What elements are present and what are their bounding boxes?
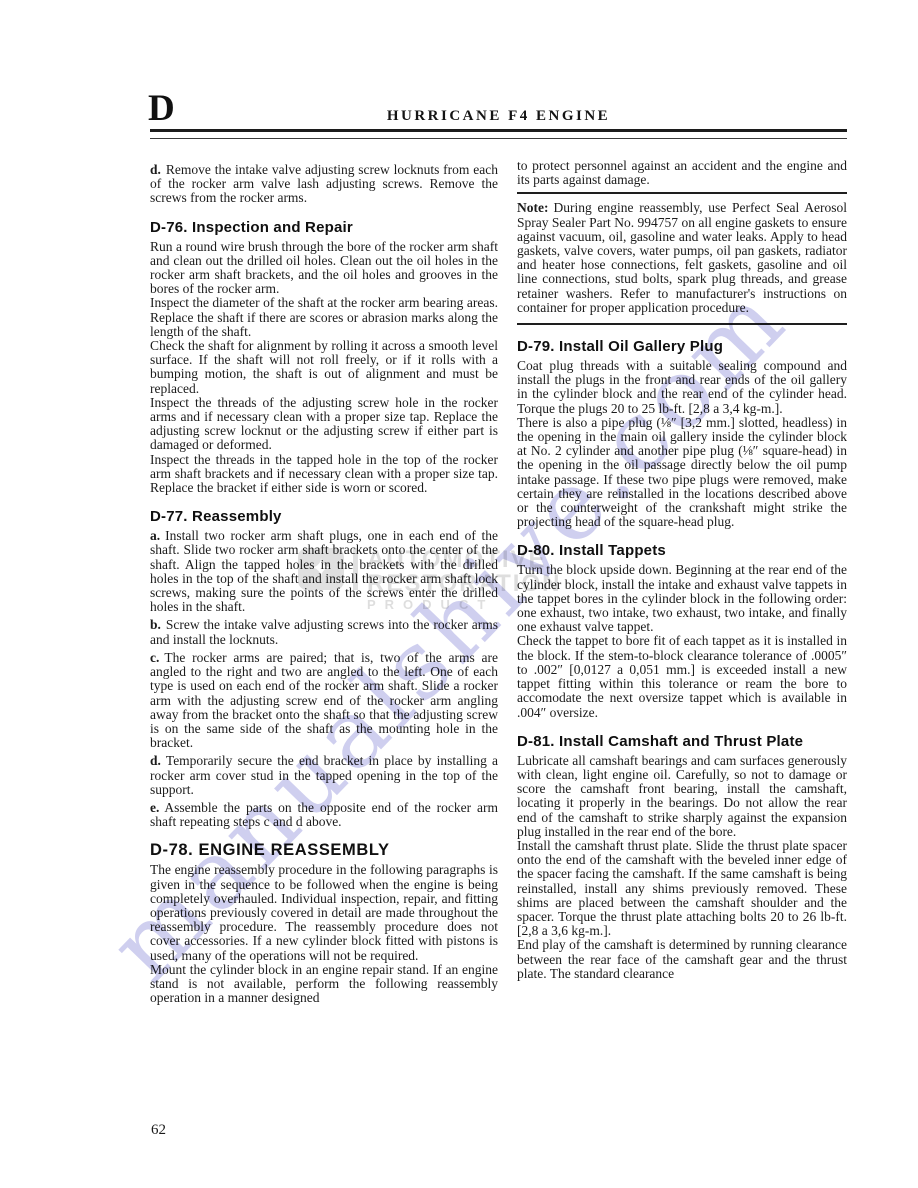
section-heading: D-77. Reassembly — [150, 508, 498, 525]
page-number: 62 — [151, 1123, 166, 1138]
header-rule-thick — [150, 129, 847, 132]
step-paragraph: d.Remove the intake valve adjusting scre… — [150, 163, 498, 206]
section-heading: D-78. ENGINE REASSEMBLY — [150, 842, 498, 859]
paragraph: Turn the block upside down. Beginning at… — [517, 563, 847, 634]
paragraph: Lubricate all camshaft bearings and cam … — [517, 754, 847, 839]
right-column: to protect personnel against an accident… — [517, 159, 847, 1005]
paragraph: Coat plug threads with a suitable sealin… — [517, 359, 847, 416]
paragraph: The engine reassembly procedure in the f… — [150, 863, 498, 962]
paragraph: Check the shaft for alignment by rolling… — [150, 339, 498, 396]
section-heading: D-79. Install Oil Gallery Plug — [517, 338, 847, 355]
step-paragraph: d.Temporarily secure the end bracket in … — [150, 754, 498, 797]
note-block: Note:During engine reassembly, use Perfe… — [517, 192, 847, 325]
section-heading: D-80. Install Tappets — [517, 542, 847, 559]
left-column: d.Remove the intake valve adjusting scre… — [150, 159, 498, 1005]
paragraph: Run a round wire brush through the bore … — [150, 240, 498, 297]
step-label: Note: — [517, 200, 553, 215]
paragraph: End play of the camshaft is determined b… — [517, 938, 847, 981]
paragraph: Inspect the diameter of the shaft at the… — [150, 296, 498, 339]
paragraph: Install the camshaft thrust plate. Slide… — [517, 839, 847, 938]
manual-page: D HURRICANE F4 ENGINE d.Remove the intak… — [0, 0, 918, 1188]
step-label: a. — [150, 528, 165, 543]
page-title: HURRICANE F4 ENGINE — [150, 107, 847, 125]
section-heading: D-81. Install Camshaft and Thrust Plate — [517, 733, 847, 750]
header-rule-thin — [150, 138, 847, 139]
paragraph: Inspect the threads in the tapped hole i… — [150, 453, 498, 496]
step-label: d. — [150, 162, 166, 177]
step-paragraph: b.Screw the intake valve adjusting screw… — [150, 618, 498, 646]
paragraph: There is also a pipe plug (⅛″ [3,2 mm.] … — [517, 416, 847, 530]
paragraph: Check the tappet to bore fit of each tap… — [517, 634, 847, 719]
paragraph: to protect personnel against an accident… — [517, 159, 847, 187]
step-label: b. — [150, 617, 166, 632]
step-label: c. — [150, 650, 164, 665]
paragraph: Inspect the threads of the adjusting scr… — [150, 396, 498, 453]
page-body: d.Remove the intake valve adjusting scre… — [150, 159, 847, 1005]
step-paragraph: a.Install two rocker arm shaft plugs, on… — [150, 529, 498, 614]
section-heading: D-76. Inspection and Repair — [150, 219, 498, 236]
step-label: e. — [150, 800, 164, 815]
step-paragraph: e.Assemble the parts on the opposite end… — [150, 801, 498, 829]
paragraph: Mount the cylinder block in an engine re… — [150, 963, 498, 1006]
step-label: d. — [150, 753, 166, 768]
step-paragraph: c.The rocker arms are paired; that is, t… — [150, 651, 498, 750]
